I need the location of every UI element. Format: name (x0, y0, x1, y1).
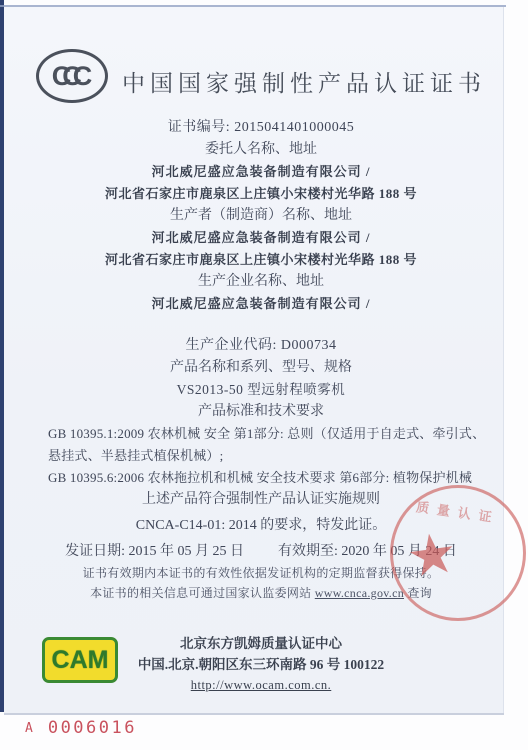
standard-line-2: GB 10395.6:2006 农林拖拉机和机械 安全技术要求 第6部分: 植物… (24, 467, 498, 489)
applicant-name: 河北威尼盛应急装备制造有限公司 / (24, 161, 498, 183)
ccc-mark-icon: CCC (36, 49, 108, 103)
factory-name: 河北威尼盛应急装备制造有限公司 / (24, 293, 498, 315)
dates-line: 发证日期: 2015 年 05 月 25 日有效期至: 2020 年 05 月 … (24, 541, 498, 563)
product-model: VS2013-50 型远射程喷雾机 (24, 379, 498, 401)
standards-heading: 产品标准和技术要求 (24, 401, 498, 423)
standard-line-1-wrap: 悬挂式、半悬挂式植保机械）; (24, 445, 498, 467)
manufacturer-heading: 生产者（制造商）名称、地址 (24, 205, 498, 227)
issue-date: 发证日期: 2015 年 05 月 25 日 (65, 544, 244, 559)
footnote-lookup: 本证书的相关信息可通过国家认监委网站 www.cnca.gov.cn 查询 (24, 583, 498, 603)
certificate-body: 证书编号: 2015041401000045 委托人名称、地址 河北威尼盛应急装… (24, 117, 498, 603)
cam-logo-icon: CAM (42, 637, 118, 683)
serial-number: A 0006016 (25, 717, 137, 739)
certificate-number-line: 证书编号: 2015041401000045 (24, 117, 498, 139)
manufacturer-name: 河北威尼盛应急装备制造有限公司 / (24, 227, 498, 249)
compliance-line-2: CNCA-C14-01: 2014 的要求，特发此证。 (24, 515, 498, 537)
scanned-certificate: CCC 中国国家强制性产品认证证书 证书编号: 2015041401000045… (0, 0, 528, 750)
serial-digits: 0006016 (48, 718, 137, 738)
manufacturer-address: 河北省石家庄市鹿泉区上庄镇小宋楼村光华路 188 号 (24, 249, 498, 271)
factory-code-value: D000734 (281, 338, 337, 353)
expiry-date: 有效期至: 2020 年 05 月 24 日 (278, 544, 457, 559)
factory-heading: 生产企业名称、地址 (24, 271, 498, 293)
factory-code-line: 生产企业代码: D000734 (24, 335, 498, 357)
product-heading: 产品名称和系列、型号、规格 (24, 357, 498, 379)
certificate-number-value: 2015041401000045 (234, 120, 354, 135)
factory-code-label: 生产企业代码: (185, 338, 276, 353)
cam-logo-letters: CAM (52, 648, 109, 673)
footnote-validity: 证书有效期内本证书的有效性依据发证机构的定期监督获得保持。 (24, 563, 498, 583)
standard-line-1: GB 10395.1:2009 农林机械 安全 第1部分: 总则（仅适用于自走式… (24, 423, 498, 445)
applicant-heading: 委托人名称、地址 (24, 139, 498, 161)
applicant-address: 河北省石家庄市鹿泉区上庄镇小宋楼村光华路 188 号 (24, 183, 498, 205)
serial-prefix: A (25, 721, 34, 736)
ccc-mark-letters: CCC (52, 63, 93, 90)
certificate-title: 中国国家强制性产品认证证书 (108, 65, 500, 98)
compliance-line-1: 上述产品符合强制性产品认证实施规则 (24, 489, 498, 511)
certificate-paper: CCC 中国国家强制性产品认证证书 证书编号: 2015041401000045… (4, 7, 504, 713)
certificate-number-label: 证书编号: (168, 120, 230, 135)
cnca-url: www.cnca.gov.cn (315, 586, 404, 600)
